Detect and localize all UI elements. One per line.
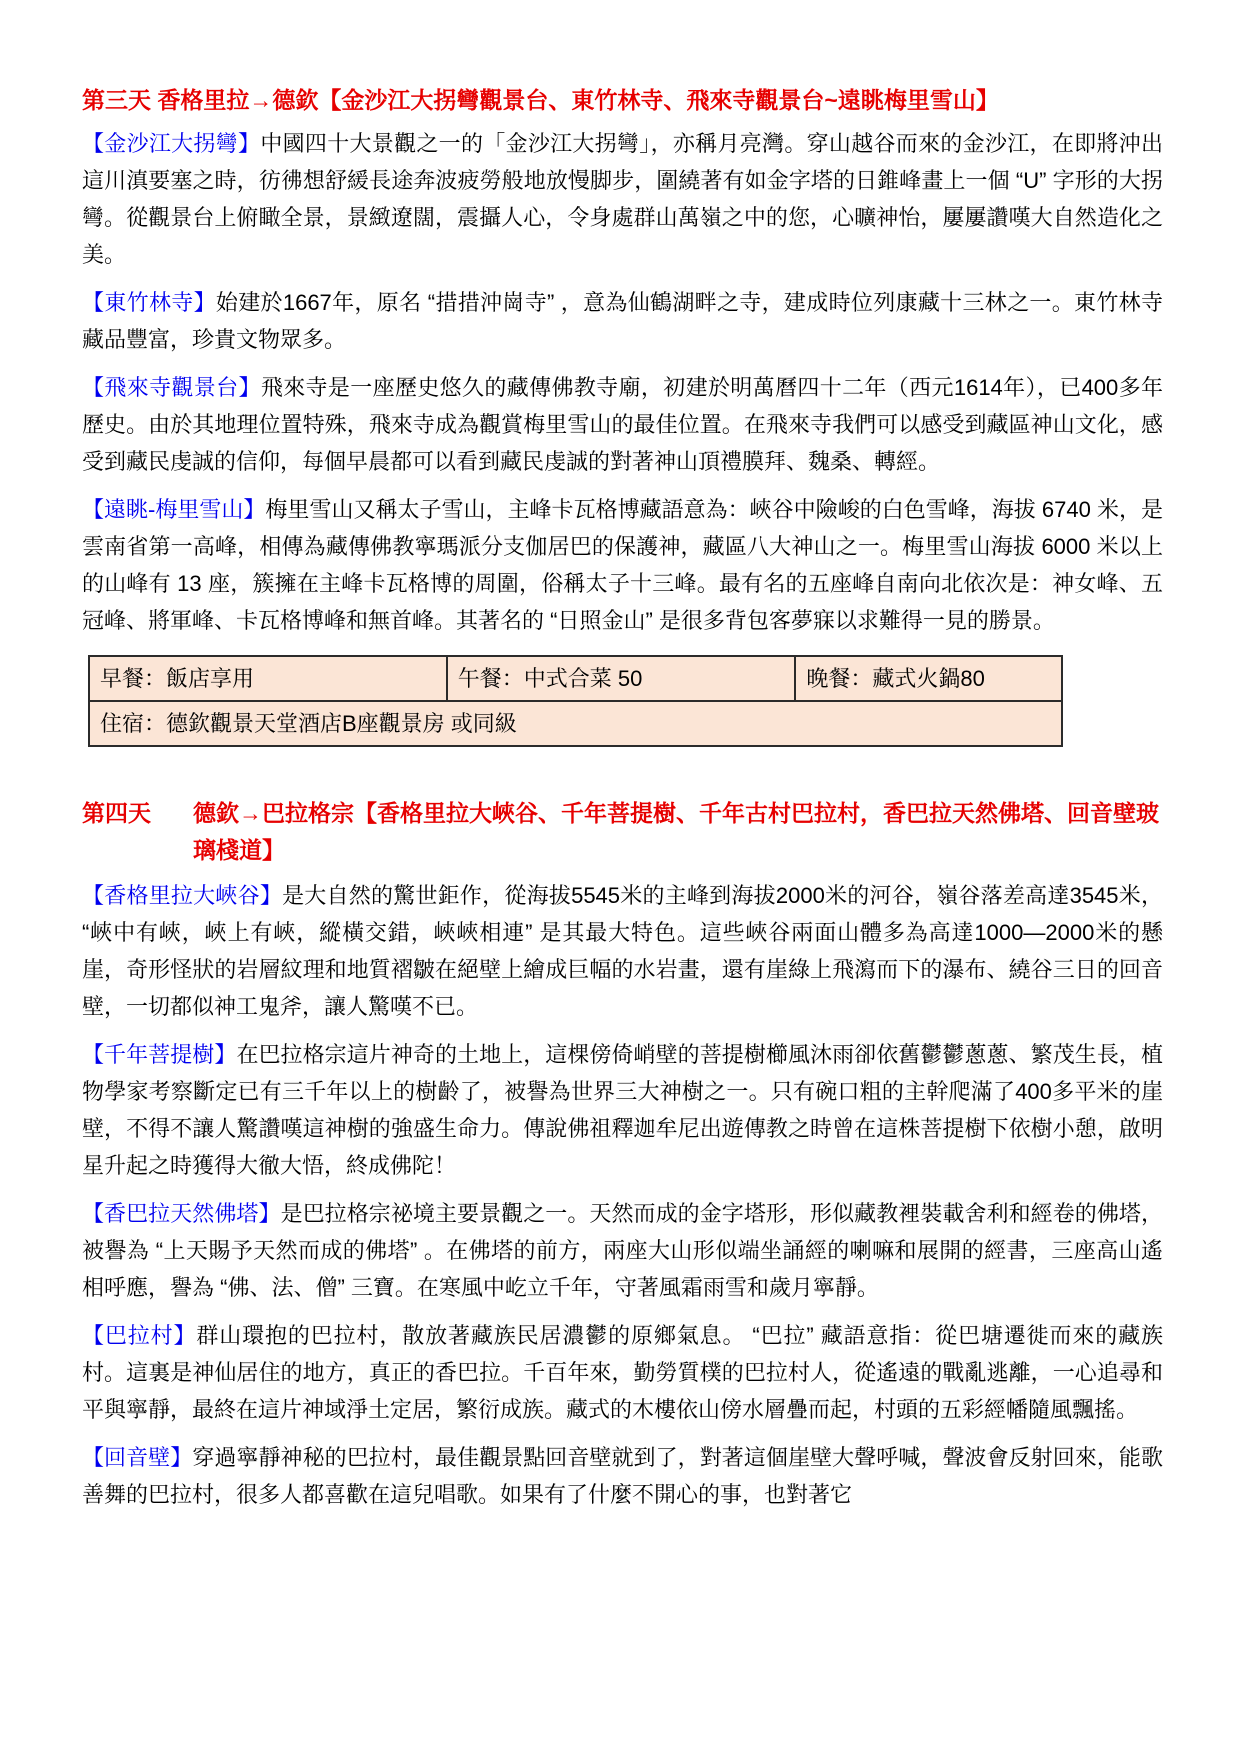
section-shangrila-canyon: 【香格里拉大峽谷】是大自然的驚世鉅作，從海拔5545米的主峰到海拔2000米的河… (82, 877, 1163, 1025)
section-text-bala: 群山環抱的巴拉村，散放著藏族民居濃鬱的原鄉氣息。 “巴拉” 藏語意指：從巴塘遷徙… (82, 1323, 1163, 1422)
section-echo-wall: 【回音壁】穿過寧靜神秘的巴拉村，最佳觀景點回音壁就到了，對著這個崖壁大聲呼喊，聲… (82, 1439, 1163, 1513)
dinner-cell: 晚餐：藏式火鍋80 (795, 656, 1062, 701)
section-label-echo: 【回音壁】 (82, 1445, 192, 1470)
day4-heading-label: 第四天 (82, 795, 193, 832)
section-text-dongzhulin: 始建於1667年，原名 “措措沖崗寺” ，意為仙鶴湖畔之寺，建成時位列康藏十三林… (82, 290, 1163, 352)
day4-heading-text: 德欽→巴拉格宗【香格里拉大峽谷、千年菩提樹、千年古村巴拉村，香巴拉天然佛塔、回音… (193, 795, 1163, 869)
section-text-echo: 穿過寧靜神秘的巴拉村，最佳觀景點回音壁就到了，對著這個崖壁大聲呼喊，聲波會反射回… (82, 1445, 1163, 1507)
section-label-dongzhulin: 【東竹林寺】 (82, 290, 216, 315)
itinerary-document-page: 第三天 香格里拉→德欽【金沙江大拐彎觀景台、東竹林寺、飛來寺觀景台~遠眺梅里雪山… (0, 0, 1241, 1755)
section-natural-stupa: 【香巴拉天然佛塔】是巴拉格宗祕境主要景觀之一。天然而成的金字塔形，形似藏教裡裝載… (82, 1195, 1163, 1306)
section-label-bala: 【巴拉村】 (82, 1323, 196, 1348)
section-meili-snow-mountain: 【遠眺-梅里雪山】梅里雪山又稱太子雪山，主峰卡瓦格博藏語意為：峽谷中險峻的白色雪… (82, 491, 1163, 639)
section-label-meili: 【遠眺-梅里雪山】 (82, 497, 265, 522)
lodging-cell: 住宿：德欽觀景天堂酒店B座觀景房 或同級 (89, 701, 1062, 746)
breakfast-cell: 早餐：飯店享用 (89, 656, 447, 701)
section-label-bodhi: 【千年菩提樹】 (82, 1042, 236, 1067)
section-label-jinshajiang: 【金沙江大拐彎】 (82, 131, 260, 156)
section-dongzhulin-temple: 【東竹林寺】始建於1667年，原名 “措措沖崗寺” ，意為仙鶴湖畔之寺，建成時位… (82, 284, 1163, 358)
section-feilai-temple: 【飛來寺觀景台】飛來寺是一座歷史悠久的藏傳佛教寺廟，初建於明萬曆四十二年（西元1… (82, 369, 1163, 480)
lodging-row: 住宿：德欽觀景天堂酒店B座觀景房 或同級 (89, 701, 1062, 746)
section-label-canyon: 【香格里拉大峽谷】 (82, 883, 282, 908)
section-bala-village: 【巴拉村】群山環抱的巴拉村，散放著藏族民居濃鬱的原鄉氣息。 “巴拉” 藏語意指：… (82, 1317, 1163, 1428)
section-label-feilai: 【飛來寺觀景台】 (82, 375, 261, 400)
day3-meals-table: 早餐：飯店享用 午餐：中式合菜 50 晚餐：藏式火鍋80 住宿：德欽觀景天堂酒店… (88, 655, 1063, 747)
section-jinshajiang-bend: 【金沙江大拐彎】中國四十大景觀之一的「金沙江大拐彎」，亦稱月亮灣。穿山越谷而來的… (82, 125, 1163, 273)
section-text-bodhi: 在巴拉格宗這片神奇的土地上，這棵傍倚峭壁的菩提樹櫛風沐雨卻依舊鬱鬱蔥蔥、繁茂生長… (82, 1042, 1163, 1178)
lunch-cell: 午餐：中式合菜 50 (447, 656, 796, 701)
section-bodhi-tree: 【千年菩提樹】在巴拉格宗這片神奇的土地上，這棵傍倚峭壁的菩提樹櫛風沐雨卻依舊鬱鬱… (82, 1036, 1163, 1184)
day4-heading: 第四天 德欽→巴拉格宗【香格里拉大峽谷、千年菩提樹、千年古村巴拉村，香巴拉天然佛… (82, 795, 1163, 869)
day3-heading: 第三天 香格里拉→德欽【金沙江大拐彎觀景台、東竹林寺、飛來寺觀景台~遠眺梅里雪山… (82, 82, 1163, 119)
meals-row: 早餐：飯店享用 午餐：中式合菜 50 晚餐：藏式火鍋80 (89, 656, 1062, 701)
section-label-stupa: 【香巴拉天然佛塔】 (82, 1201, 281, 1226)
